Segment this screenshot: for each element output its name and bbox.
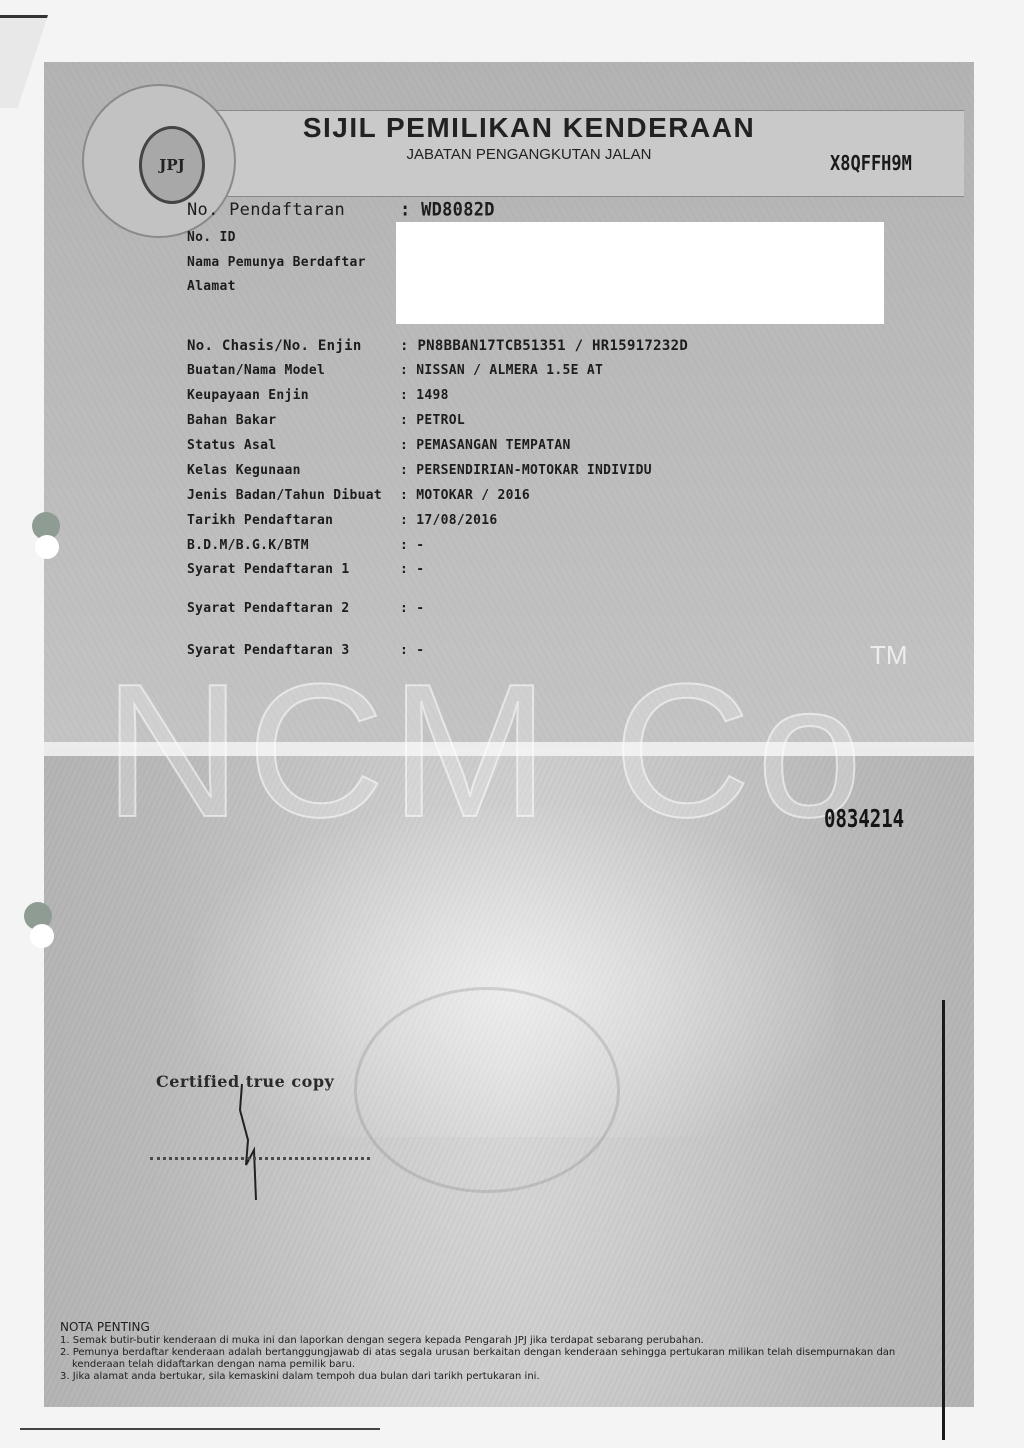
- usage-class-value: : PERSENDIRIAN-MOTOKAR INDIVIDU: [400, 463, 652, 478]
- origin-status-value: : PEMASANGAN TEMPATAN: [400, 438, 571, 453]
- page-corner-fold: [0, 15, 48, 108]
- chassis-engine-label: No. Chasis/No. Enjin: [187, 338, 362, 354]
- punch-hole-shadow: [35, 535, 59, 559]
- origin-status-label: Status Asal: [187, 438, 276, 453]
- weight-value: : -: [400, 538, 424, 553]
- redacted-owner-info: [396, 222, 884, 324]
- registration-date-value: : 17/08/2016: [400, 513, 498, 528]
- registration-date-label: Tarikh Pendaftaran: [187, 513, 333, 528]
- registration-number-value: : WD8082D: [400, 199, 495, 221]
- body-type-year-label: Jenis Badan/Tahun Dibuat: [187, 488, 382, 503]
- registration-condition-1-value: : -: [400, 562, 424, 577]
- usage-class-label: Kelas Kegunaan: [187, 463, 301, 478]
- jpj-emblem-letter: JPJ: [139, 126, 205, 204]
- document-title: SIJIL PEMILIKAN KENDERAAN: [239, 112, 819, 144]
- punch-hole-shadow: [30, 924, 54, 948]
- registration-condition-1-label: Syarat Pendaftaran 1: [187, 562, 350, 577]
- owner-name-label: Nama Pemunya Berdaftar: [187, 255, 366, 270]
- registration-number-label: No. Pendaftaran: [187, 200, 345, 220]
- faded-seal: [354, 987, 620, 1193]
- important-notes: NOTA PENTING 1. Semak butir-butir kender…: [60, 1320, 940, 1383]
- make-model-value: : NISSAN / ALMERA 1.5E AT: [400, 363, 603, 378]
- note-item: 2. Pemunya berdaftar kenderaan adalah be…: [60, 1347, 940, 1371]
- document-subtitle: JABATAN PENGANGKUTAN JALAN: [239, 146, 819, 163]
- owner-address-label: Alamat: [187, 279, 236, 294]
- signature-line: [150, 1157, 370, 1160]
- watermark-text: NCM Co: [104, 642, 868, 860]
- owner-id-label: No. ID: [187, 230, 236, 245]
- weight-label: B.D.M/B.G.K/BTM: [187, 538, 309, 553]
- fuel-type-value: : PETROL: [400, 413, 465, 428]
- page-edge-line: [20, 1428, 380, 1430]
- registration-condition-2-label: Syarat Pendaftaran 2: [187, 601, 350, 616]
- top-serial-number: X8QFFH9M: [830, 152, 912, 176]
- watermark-trademark: TM: [870, 640, 908, 671]
- notes-title: NOTA PENTING: [60, 1320, 940, 1334]
- scanned-certificate: JPJ SIJIL PEMILIKAN KENDERAAN JABATAN PE…: [44, 62, 974, 1407]
- engine-capacity-value: : 1498: [400, 388, 449, 403]
- page-edge-line: [942, 1000, 945, 1440]
- body-type-year-value: : MOTOKAR / 2016: [400, 488, 530, 503]
- bottom-serial-number: 0834214: [824, 805, 904, 834]
- fuel-type-label: Bahan Bakar: [187, 413, 276, 428]
- registration-condition-2-value: : -: [400, 601, 424, 616]
- make-model-label: Buatan/Nama Model: [187, 363, 325, 378]
- chassis-engine-value: : PN8BBAN17TCB51351 / HR15917232D: [400, 338, 688, 354]
- note-item: 3. Jika alamat anda bertukar, sila kemas…: [60, 1371, 940, 1383]
- note-item: 1. Semak butir-butir kenderaan di muka i…: [60, 1335, 940, 1347]
- signature-icon: [234, 1080, 274, 1200]
- engine-capacity-label: Keupayaan Enjin: [187, 388, 309, 403]
